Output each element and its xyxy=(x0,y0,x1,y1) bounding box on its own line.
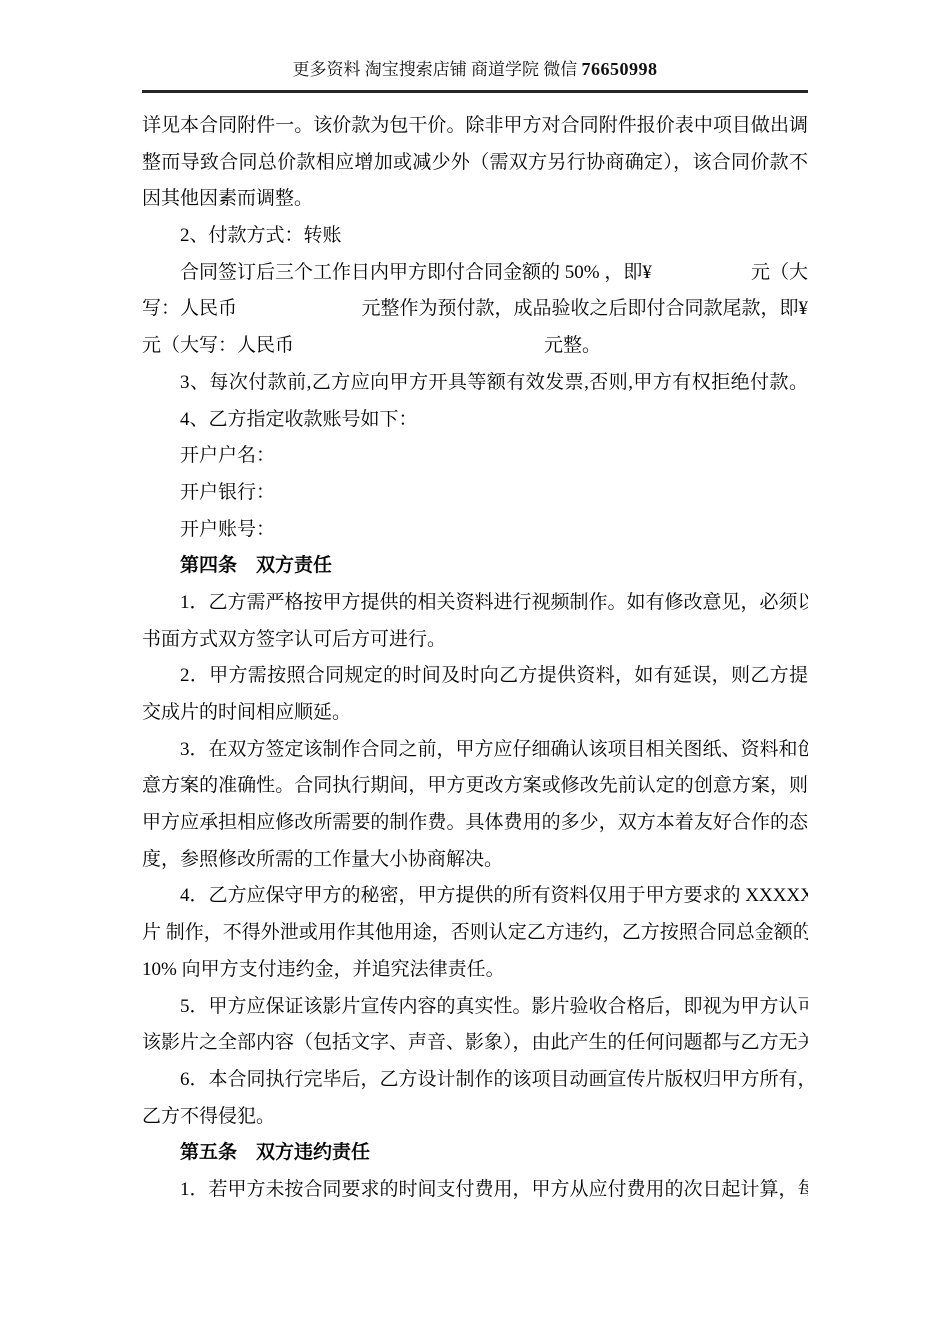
blank-space xyxy=(294,350,544,351)
document-line: 整而导致合同总价款相应增加或减少外（需双方另行协商确定），该合同价款不 xyxy=(142,145,808,182)
document-line: 意方案的准确性。合同执行期间，甲方更改方案或修改先前认定的创意方案，则 xyxy=(142,768,808,805)
document-line: 3、每次付款前,乙方应向甲方开具等额有效发票,否则,甲方有权拒绝付款。 xyxy=(142,365,808,402)
document-line: 开户银行： xyxy=(142,475,808,512)
line-segment: 合同签订后三个工作日内甲方即付合同金额的 50% ，即¥ xyxy=(180,255,652,292)
line-segment: 元（大 xyxy=(751,255,808,292)
document-page: 更多资料 淘宝搜索店铺 商道学院 微信 76650998 详见本合同附件一。该价… xyxy=(0,0,950,1344)
document-line: 开户账号： xyxy=(142,512,808,549)
section-heading: 第五条 双方违约责任 xyxy=(142,1135,808,1172)
header-wechat-number: 76650998 xyxy=(582,59,658,79)
document-line: 合同签订后三个工作日内甲方即付合同金额的 50% ，即¥元（大 xyxy=(142,255,808,292)
document-line: 1．乙方需严格按甲方提供的相关资料进行视频制作。如有修改意见，必须以 xyxy=(142,585,808,622)
line-segment: 元整作为预付款，成品验收之后即付合同款尾款，即¥ xyxy=(361,291,808,328)
document-line: 书面方式双方签字认可后方可进行。 xyxy=(142,622,808,659)
document-line: 5．甲方应保证该影片宣传内容的真实性。影片验收合格后，即视为甲方认可 xyxy=(142,989,808,1026)
contract-body: 详见本合同附件一。该价款为包干价。除非甲方对合同附件报价表中项目做出调整而导致合… xyxy=(142,108,808,1209)
page-header: 更多资料 淘宝搜索店铺 商道学院 微信 76650998 xyxy=(142,0,808,93)
document-line: 开户户名： xyxy=(142,438,808,475)
document-line: 乙方不得侵犯。 xyxy=(142,1099,808,1136)
document-line: 3．在双方签定该制作合同之前，甲方应仔细确认该项目相关图纸、资料和创 xyxy=(142,732,808,769)
document-line: 4．乙方应保守甲方的秘密，甲方提供的所有资料仅用于甲方要求的 XXXXX xyxy=(142,878,808,915)
document-line: 2．甲方需按照合同规定的时间及时向乙方提供资料，如有延误，则乙方提 xyxy=(142,658,808,695)
header-text: 更多资料 淘宝搜索店铺 商道学院 微信 xyxy=(293,60,582,79)
document-line: 交成片的时间相应顺延。 xyxy=(142,695,808,732)
document-line: 1．若甲方未按合同要求的时间支付费用，甲方从应付费用的次日起计算，每 xyxy=(142,1172,808,1209)
document-line: 写：人民币元整作为预付款，成品验收之后即付合同款尾款，即¥ xyxy=(142,291,808,328)
section-heading: 第四条 双方责任 xyxy=(142,548,808,585)
document-line: 10% 向甲方支付违约金，并追究法律责任。 xyxy=(142,952,808,989)
document-line: 甲方应承担相应修改所需要的制作费。具体费用的多少，双方本着友好合作的态 xyxy=(142,805,808,842)
document-line: 片 制作，不得外泄或用作其他用途，否则认定乙方违约，乙方按照合同总金额的 xyxy=(142,915,808,952)
document-line: 详见本合同附件一。该价款为包干价。除非甲方对合同附件报价表中项目做出调 xyxy=(142,108,808,145)
line-segment: 写：人民币 xyxy=(142,291,237,328)
document-line: 该影片之全部内容（包括文字、声音、影象），由此产生的任何问题都与乙方无关。 xyxy=(142,1025,808,1062)
document-line: 4、乙方指定收款账号如下： xyxy=(142,402,808,439)
document-line: 度，参照修改所需的工作量大小协商解决。 xyxy=(142,842,808,879)
document-line: 因其他因素而调整。 xyxy=(142,181,808,218)
document-line: 2、付款方式：转账 xyxy=(142,218,808,255)
line-segment: 元整。 xyxy=(544,328,601,365)
document-line: 元（大写：人民币元整。 xyxy=(142,328,808,365)
document-line: 6．本合同执行完毕后，乙方设计制作的该项目动画宣传片版权归甲方所有， xyxy=(142,1062,808,1099)
line-segment: 元（大写：人民币 xyxy=(142,328,294,365)
